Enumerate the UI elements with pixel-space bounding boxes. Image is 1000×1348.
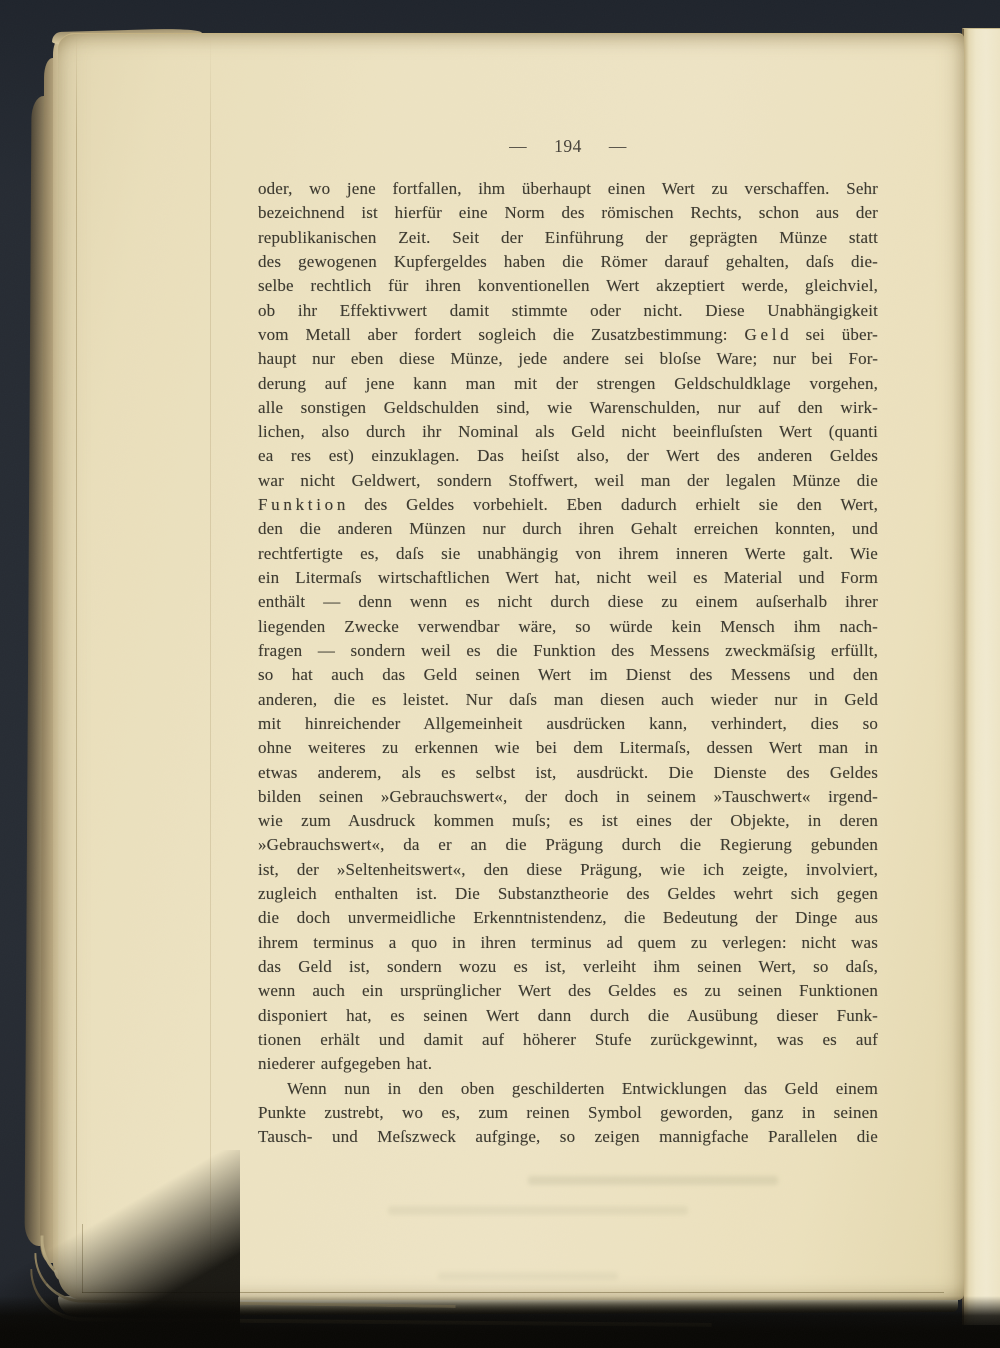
text-line: haupt nur eben diese Münze, jede andere … [258, 347, 878, 371]
text-line: wenn auch ein ursprünglicher Wert des Ge… [258, 979, 878, 1003]
text-block: oder, wo jene fortfallen, ihm überhaupt … [258, 177, 878, 1150]
text-line: Punkte zustrebt, wo es, zum reinen Symbo… [258, 1101, 878, 1125]
header-dash-left: — [509, 136, 527, 156]
text-line: so hat auch das Geld seinen Wert im Dien… [258, 663, 878, 687]
text-line: war nicht Geldwert, sondern Stoffwert, w… [258, 469, 878, 493]
text-line: rechtfertigte es, daſs sie unabhängig vo… [258, 542, 878, 566]
text-line: mit hinreichender Allgemeinheit ausdrück… [258, 712, 878, 736]
text-line: vom Metall aber fordert sogleich die Zus… [258, 323, 878, 347]
book-page: —194— oder, wo jene fortfallen, ihm über… [58, 33, 964, 1300]
bottom-shadow [0, 1296, 1000, 1348]
text-line: F u n k t i o n des Geldes vorbehielt. E… [258, 493, 878, 517]
text-line: ohne weiteres zu erkennen wie bei dem Li… [258, 736, 878, 760]
show-through-ghost [528, 1176, 778, 1185]
text-line: des gewogenen Kupfergeldes haben die Röm… [258, 250, 878, 274]
facing-page-edge [962, 28, 1000, 1325]
page-crease [76, 34, 77, 1300]
text-line: anderen, die es leistet. Nur daſs man di… [258, 688, 878, 712]
text-line: bezeichnend ist hierfür eine Norm des rö… [258, 201, 878, 225]
text-line: zugleich enthalten ist. Die Substanztheo… [258, 882, 878, 906]
text-line: republikanischen Zeit. Seit der Einführu… [258, 226, 878, 250]
scanned-book-photo: { "page": { "header": { "dash_left": "—"… [0, 0, 1000, 1348]
text-line: Wenn nun in den oben geschilderten Entwi… [258, 1077, 878, 1101]
text-line: liegenden Zwecke verwendbar wäre, so wür… [258, 615, 878, 639]
text-line: ea res est) einzuklagen. Das heiſst also… [258, 444, 878, 468]
text-line: alle sonstigen Geldschulden sind, wie Wa… [258, 396, 878, 420]
page-crease [210, 34, 211, 1300]
text-line: ein Litermaſs wirtschaftlichen Wert hat,… [258, 566, 878, 590]
show-through-ghost [438, 1272, 618, 1280]
text-line: oder, wo jene fortfallen, ihm überhaupt … [258, 177, 878, 201]
text-line: die doch unvermeidliche Erkenntnistenden… [258, 906, 878, 930]
text-line: wie zum Ausdruck kommen muſs; es ist ein… [258, 809, 878, 833]
text-line: ihrem terminus a quo in ihren terminus a… [258, 931, 878, 955]
text-line: tionen erhält und damit auf höherer Stuf… [258, 1028, 878, 1052]
text-line: etwas anderem, als es selbst ist, ausdrü… [258, 761, 878, 785]
text-line: disponiert hat, es seinen Wert dann durc… [258, 1004, 878, 1028]
text-line: ist, der »Seltenheitswert«, den diese Pr… [258, 858, 878, 882]
text-line: »Gebrauchswert«, da er an die Prägung du… [258, 833, 878, 857]
running-head: —194— [258, 136, 878, 157]
text-line: enthält — denn wenn es nicht durch diese… [258, 590, 878, 614]
text-line: bilden seinen »Gebrauchswert«, der doch … [258, 785, 878, 809]
text-line: fragen — sondern weil es die Funktion de… [258, 639, 878, 663]
show-through-ghost [388, 1206, 688, 1215]
text-line: den die anderen Münzen nur durch ihren G… [258, 517, 878, 541]
text-line: Tausch- und Meſszweck aufginge, so zeige… [258, 1125, 878, 1149]
text-line: lichen, also durch ihr Nominal als Geld … [258, 420, 878, 444]
text-line: niederer aufgegeben hat. [258, 1052, 878, 1076]
text-line: derung auf jene kann man mit der strenge… [258, 372, 878, 396]
header-dash-right: — [609, 136, 627, 156]
text-line: selbe rechtlich für ihren konventionelle… [258, 274, 878, 298]
text-line: ob ihr Effektivwert damit stimmte oder n… [258, 299, 878, 323]
page-number: 194 [554, 136, 582, 156]
text-line: das Geld ist, sondern wozu es ist, verle… [258, 955, 878, 979]
